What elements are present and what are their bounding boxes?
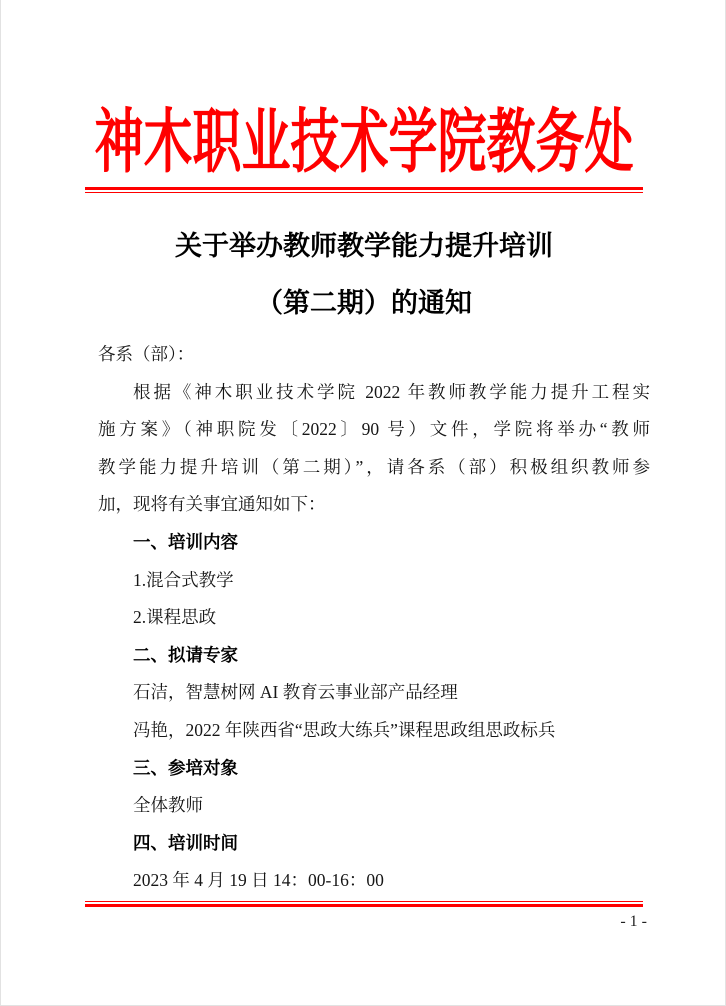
footer-divider-thick-line — [85, 904, 643, 907]
header-divider-thin-line — [85, 192, 643, 193]
body-line-participants: 全体教师 — [98, 787, 650, 825]
notice-title-line1: 关于举办教师教学能力提升培训 — [1, 218, 726, 275]
org-title: 神木职业技术学院教务处 — [94, 87, 633, 186]
body-line-item: 1.混合式教学 — [98, 562, 650, 600]
body-line-paragraph: 根据《神木职业技术学院 2022 年教师教学能力提升工程实 — [98, 374, 650, 412]
header-divider-thick-line — [85, 187, 643, 190]
section-heading-1-content: 一、培训内容 — [98, 524, 650, 562]
footer-divider — [85, 901, 643, 907]
document-header: 神木职业技术学院教务处 — [85, 86, 643, 188]
notice-title-line2: （第二期）的通知 — [1, 275, 726, 332]
body-line-paragraph: 施方案》（神职院发〔2022〕90 号）文件，学院将举办“教师 — [98, 411, 650, 449]
document-page: 神木职业技术学院教务处 关于举办教师教学能力提升培训 （第二期）的通知 各系（部… — [0, 0, 726, 1006]
body-line-salutation: 各系（部）： — [98, 336, 650, 374]
header-divider — [85, 187, 643, 193]
body-line-paragraph: 教学能力提升培训（第二期）”，请各系（部）积极组织教师参 — [98, 449, 650, 487]
section-heading-4-time: 四、培训时间 — [98, 825, 650, 863]
body-line-expert: 石洁，智慧树网 AI 教育云事业部产品经理 — [98, 674, 650, 712]
notice-body: 各系（部）： 根据《神木职业技术学院 2022 年教师教学能力提升工程实 施方案… — [98, 336, 650, 900]
section-heading-2-experts: 二、拟请专家 — [98, 637, 650, 675]
body-line-time: 2023 年 4 月 19 日 14：00-16：00 — [98, 862, 650, 900]
notice-title: 关于举办教师教学能力提升培训 （第二期）的通知 — [1, 218, 726, 332]
body-line-expert: 冯艳，2022 年陕西省“思政大练兵”课程思政组思政标兵 — [98, 712, 650, 750]
page-number: - 1 - — [85, 910, 647, 934]
body-line-paragraph: 加，现将有关事宜通知如下： — [98, 486, 650, 524]
footer-divider-thin-line — [85, 901, 643, 902]
body-line-item: 2.课程思政 — [98, 599, 650, 637]
section-heading-3-participants: 三、参培对象 — [98, 750, 650, 788]
